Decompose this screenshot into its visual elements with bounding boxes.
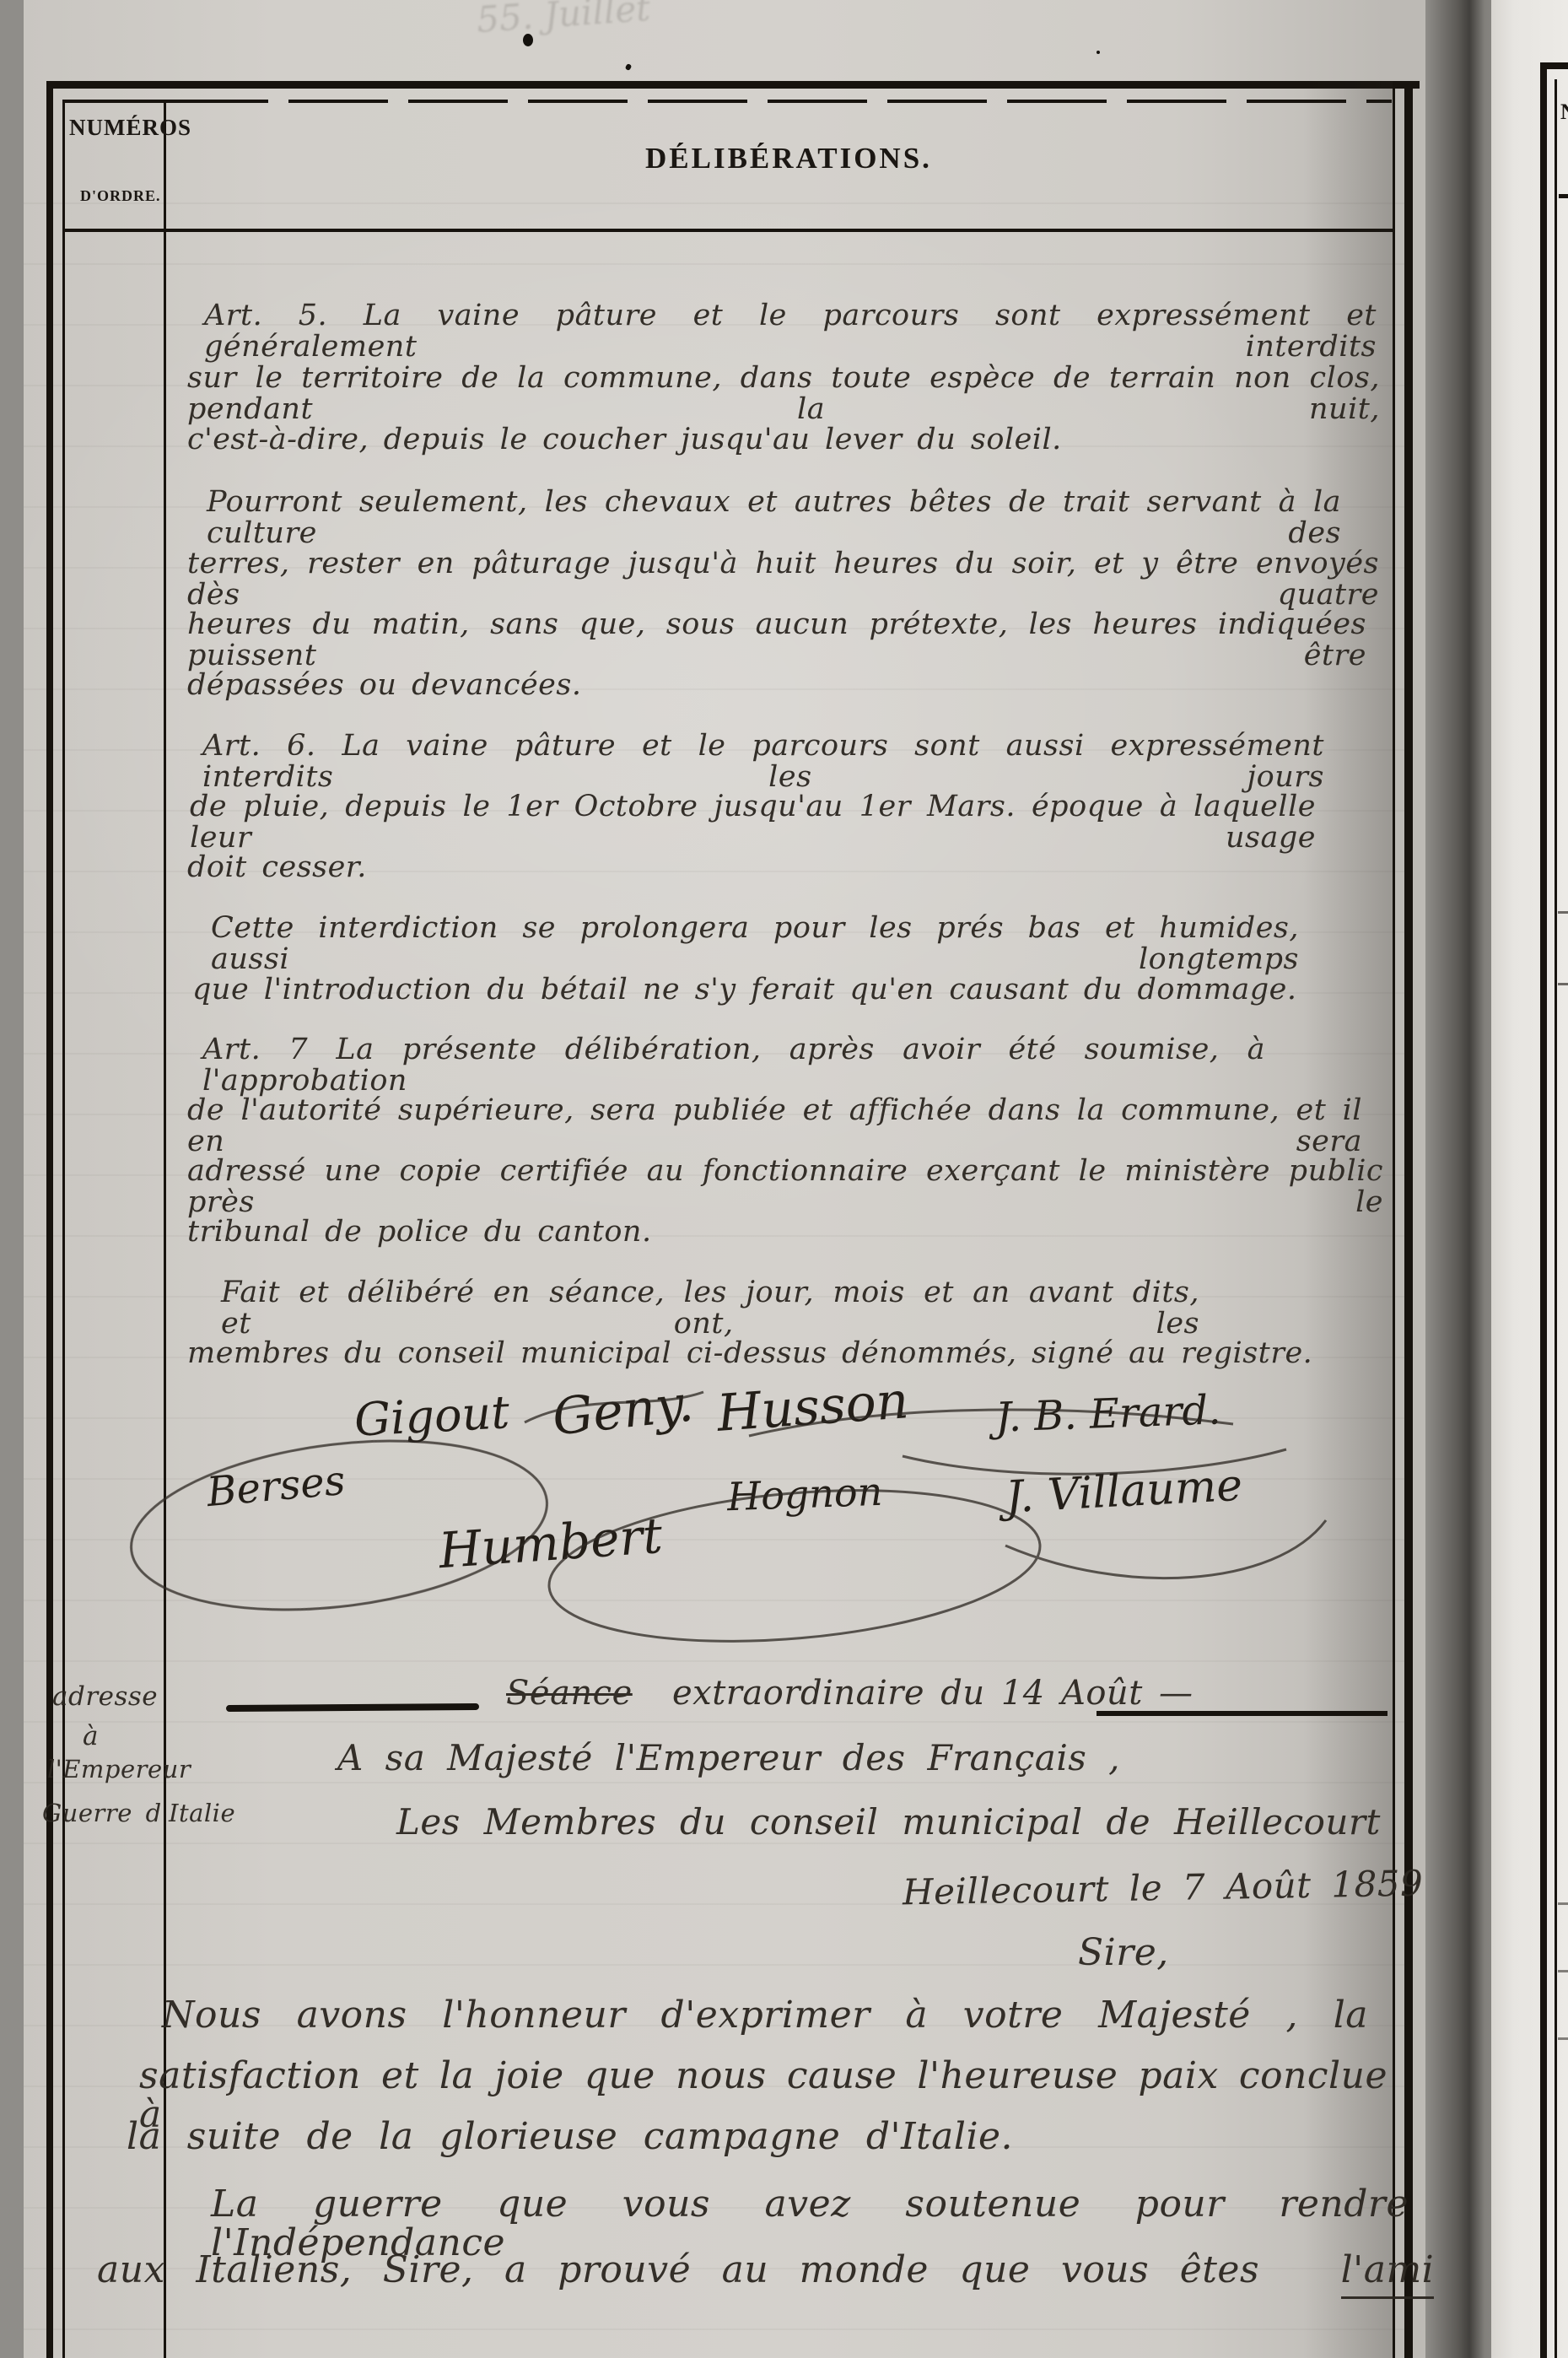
next-page-frame-inner xyxy=(1555,79,1557,2358)
section-divider-right xyxy=(1097,1711,1387,1716)
frame-top-outer xyxy=(46,81,1420,89)
margin-note-line4-left: Guerre d xyxy=(42,1800,162,1826)
session-heading-rest: extraordinaire du 14 Août — xyxy=(672,1674,1194,1713)
signature-flourishes xyxy=(110,1375,1392,1670)
session-body-line: Nous avons l'honneur d'exprimer à votre … xyxy=(162,1996,1368,2035)
next-page-rule xyxy=(1558,1970,1568,1972)
page-title: DÉLIBÉRATIONS. xyxy=(645,142,932,175)
manuscript-line: que l'introduction du bétail ne s'y fera… xyxy=(192,974,1296,1006)
manuscript-line: Pourront seulement, les chevaux et autre… xyxy=(207,487,1341,549)
next-page-frame-outer xyxy=(1540,62,1547,2358)
order-column-header-line1: NUMÉROS xyxy=(69,115,191,141)
manuscript-line: Art. 6. La vaine pâture et le parcours s… xyxy=(202,731,1324,793)
session-dateline: Heillecourt le 7 Août 1859 xyxy=(903,1865,1424,1912)
frame-top-inner-left xyxy=(63,100,169,103)
session-last-line-main: aux Italiens, Sire, a prouvé au monde qu… xyxy=(97,2248,1259,2291)
manuscript-line: Cette interdiction se prolongera pour le… xyxy=(211,913,1299,975)
frame-left-inner xyxy=(62,100,65,2358)
frame-right-outer xyxy=(1404,81,1413,2358)
next-page-rule xyxy=(1558,1902,1568,1905)
session-last-line-underlined: l'ami xyxy=(1341,2248,1435,2299)
next-page-header-rule xyxy=(1559,194,1568,198)
session-salutation: A sa Majesté l'Empereur des Français , xyxy=(337,1740,1120,1777)
ink-speck xyxy=(523,34,533,46)
next-page-partial-header-letter: N xyxy=(1560,100,1568,125)
manuscript-line: c'est-à-dire, depuis le coucher jusqu'au… xyxy=(187,424,1062,456)
manuscript-line: tribunal de police du canton. xyxy=(187,1217,652,1248)
margin-note-line4-right: Italie xyxy=(169,1800,235,1826)
manuscript-line: adressé une copie certifiée au fonctionn… xyxy=(187,1156,1383,1218)
manuscript-line: de pluie, depuis le 1er Octobre jusqu'au… xyxy=(190,791,1316,854)
ink-speck xyxy=(1097,51,1100,54)
manuscript-line: heures du matin, sans que, sous aucun pr… xyxy=(187,609,1366,672)
margin-note-line2: à xyxy=(83,1723,99,1751)
manuscript-line: Fait et délibéré en séance, les jour, mo… xyxy=(221,1277,1199,1340)
manuscript-line: sur le territoire de la commune, dans to… xyxy=(187,363,1380,425)
manuscript-line: de l'autorité supérieure, sera publiée e… xyxy=(187,1095,1362,1157)
session-heading: Séance extraordinaire du 14 Août — xyxy=(506,1675,1193,1711)
next-page-rule xyxy=(1558,983,1568,985)
manuscript-line: Art. 5. La vaine pâture et le parcours s… xyxy=(204,300,1377,363)
session-body-line: la suite de la glorieuse campagne d'Ital… xyxy=(127,2118,1013,2156)
next-page-rule xyxy=(1558,911,1568,914)
header-bottom-rule xyxy=(64,229,1393,232)
frame-right-inner xyxy=(1393,81,1395,2358)
session-heading-struck-word: Séance xyxy=(506,1674,633,1713)
manuscript-line: doit cesser. xyxy=(187,852,367,883)
book-gutter-shadow xyxy=(1425,0,1501,2358)
manuscript-line: terres, rester en pâturage jusqu'à huit … xyxy=(187,548,1379,611)
manuscript-line: dépassées ou devancées. xyxy=(187,670,581,701)
margin-note-line3: l'Empereur xyxy=(47,1756,191,1782)
session-last-line: aux Italiens, Sire, a prouvé au monde qu… xyxy=(97,2251,1434,2290)
next-page-rule xyxy=(1558,2037,1568,2040)
frame-top-inner-dashed xyxy=(169,100,1392,103)
frame-left-outer xyxy=(46,81,53,2358)
session-members: Les Membres du conseil municipal de Heil… xyxy=(396,1804,1381,1841)
scanned-register-page: 55. Juillet NUMÉROS D'ORDRE. DÉLIBÉRATIO… xyxy=(0,0,1568,2358)
order-column-header-line2: D'ORDRE. xyxy=(80,187,161,205)
session-sire: Sire, xyxy=(1078,1934,1169,1972)
manuscript-line: membres du conseil municipal ci-dessus d… xyxy=(187,1338,1312,1369)
manuscript-line: Art. 7 La présente délibération, après a… xyxy=(202,1034,1265,1097)
margin-note-line1: adresse xyxy=(52,1683,158,1711)
